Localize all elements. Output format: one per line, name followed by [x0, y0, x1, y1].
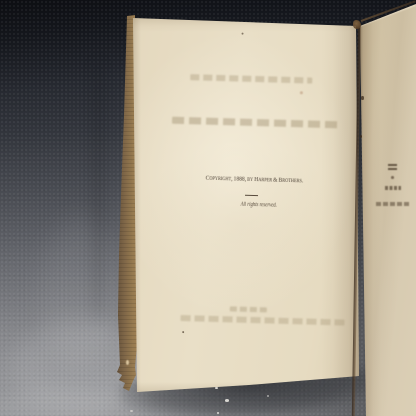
paper-speck — [182, 331, 184, 333]
copyright-page: Copyright, 1888, by Harper & Brothers. A… — [131, 16, 361, 394]
bleedthrough-text-line — [172, 117, 339, 129]
recto-page — [355, 0, 416, 416]
paper-speck — [242, 33, 244, 35]
page-top-edge-highlight — [359, 4, 416, 26]
lint-speck — [217, 412, 219, 414]
fabric-highlight — [0, 388, 120, 416]
headband-knot — [353, 20, 361, 29]
lint-speck — [267, 395, 269, 397]
recto-faint-print — [376, 202, 409, 206]
lint-speck — [225, 399, 229, 402]
bleedthrough-text-line — [180, 315, 344, 326]
photo-scene: Copyright, 1888, by Harper & Brothers. A… — [0, 0, 416, 416]
binding-stitch — [361, 96, 364, 100]
lint-speck — [130, 410, 133, 412]
rights-reserved-line: All rights reserved. — [201, 201, 316, 210]
lint-speck — [215, 387, 218, 389]
recto-faint-print — [388, 162, 397, 170]
fabric-highlight — [40, 215, 120, 365]
binding-stitch — [360, 135, 362, 138]
fabric-fold-shadow — [92, 60, 104, 320]
copyright-page-content: Copyright, 1888, by Harper & Brothers. A… — [126, 13, 366, 397]
bleedthrough-text-line — [230, 306, 267, 312]
page-edge-glint — [126, 360, 129, 365]
paper-stain — [300, 91, 303, 94]
bleedthrough-text-line — [190, 74, 312, 83]
recto-faint-print — [385, 186, 401, 190]
copyright-line: Copyright, 1888, by Harper & Brothers. — [194, 174, 315, 184]
divider-rule — [245, 195, 258, 197]
recto-faint-print — [391, 176, 394, 179]
